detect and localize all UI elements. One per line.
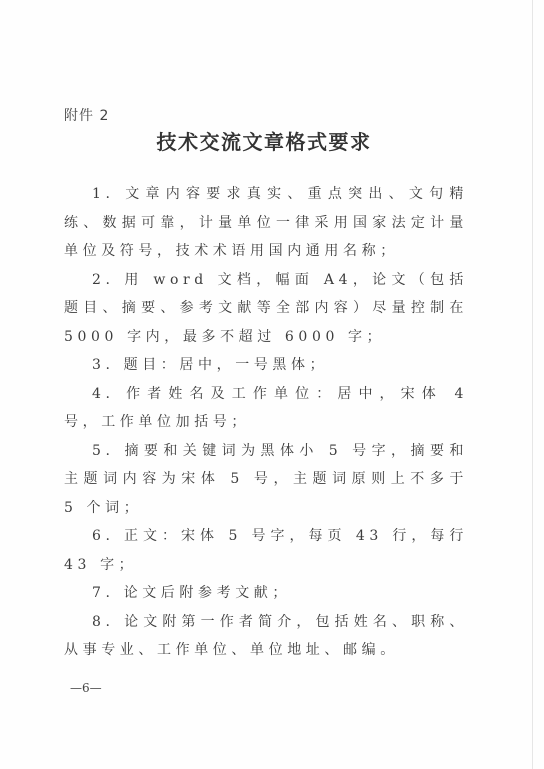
requirement-item-8: 8. 论文附第一作者简介，包括姓名、职称、从事专业、工作单位、单位地址、邮编。 [64,608,468,665]
page-number: —6— [70,681,102,695]
scan-edge-line [532,0,533,769]
requirement-item-5: 5. 摘要和关键词为黑体小 5 号字，摘要和主题词内容为宋体 5 号，主题词原则… [64,437,468,523]
requirement-item-2: 2. 用 word 文档，幅面 A4，论文（包括题目、摘要、参考文献等全部内容）… [64,266,468,352]
requirement-item-3: 3. 题目：居中，一号黑体； [64,351,468,380]
requirement-item-7: 7. 论文后附参考文献； [64,579,468,608]
attachment-label: 附件 2 [64,105,109,125]
requirement-item-4: 4. 作者姓名及工作单位：居中，宋体 4 号，工作单位加括号； [64,380,468,437]
requirement-item-6: 6. 正文：宋体 5 号字，每页 43 行，每行 43 字； [64,522,468,579]
requirements-list: 1. 文章内容要求真实、重点突出、文句精练、数据可靠，计量单位一律采用国家法定计… [64,180,468,665]
requirement-item-1: 1. 文章内容要求真实、重点突出、文句精练、数据可靠，计量单位一律采用国家法定计… [64,180,468,266]
document-title: 技术交流文章格式要求 [0,126,528,155]
document-page: 附件 2 技术交流文章格式要求 1. 文章内容要求真实、重点突出、文句精练、数据… [0,0,544,769]
